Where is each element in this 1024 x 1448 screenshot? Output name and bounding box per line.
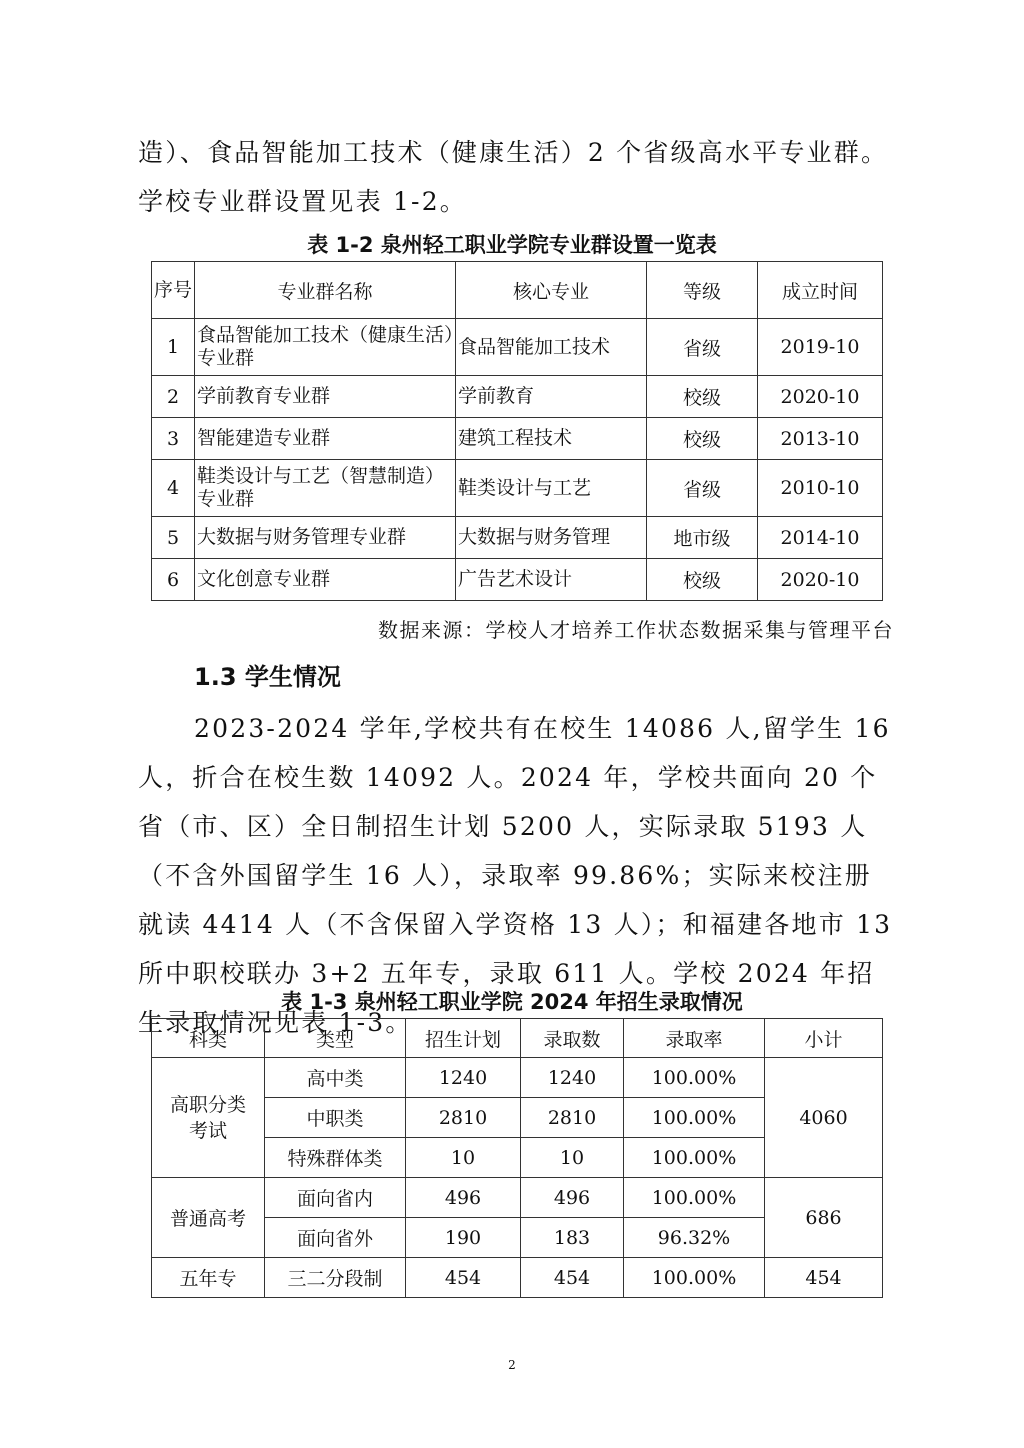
data-source-note: 数据来源：学校人才培养工作状态数据采集与管理平台 bbox=[378, 614, 894, 643]
col-header-type: 类型 bbox=[265, 1019, 406, 1058]
col-header-name: 专业群名称 bbox=[195, 262, 456, 319]
cell-type: 三二分段制 bbox=[265, 1258, 406, 1298]
cell-core: 建筑工程技术 bbox=[456, 418, 647, 460]
cell-admitted: 10 bbox=[521, 1138, 624, 1178]
cell-name: 食品智能加工技术（健康生活）专业群 bbox=[195, 319, 456, 376]
table-1-2-caption: 表 1-2 泉州轻工职业学院专业群设置一览表 bbox=[0, 229, 1024, 259]
cell-no: 1 bbox=[152, 319, 195, 376]
cell-admitted: 1240 bbox=[521, 1058, 624, 1098]
cell-plan: 10 bbox=[406, 1138, 521, 1178]
cell-plan: 2810 bbox=[406, 1098, 521, 1138]
cell-date: 2014-10 bbox=[758, 517, 883, 559]
cell-date: 2020-10 bbox=[758, 559, 883, 601]
cell-admitted: 2810 bbox=[521, 1098, 624, 1138]
col-header-date: 成立时间 bbox=[758, 262, 883, 319]
col-header-core: 核心专业 bbox=[456, 262, 647, 319]
table-row: 五年专 三二分段制 454 454 100.00% 454 bbox=[152, 1258, 883, 1298]
table-1-2: 序号 专业群名称 核心专业 等级 成立时间 1 食品智能加工技术（健康生活）专业… bbox=[151, 261, 883, 601]
cell-admitted: 454 bbox=[521, 1258, 624, 1298]
table-header-row: 序号 专业群名称 核心专业 等级 成立时间 bbox=[152, 262, 883, 319]
table-row: 高职分类考试 高中类 1240 1240 100.00% 4060 bbox=[152, 1058, 883, 1098]
cell-no: 6 bbox=[152, 559, 195, 601]
cell-level: 校级 bbox=[647, 376, 758, 418]
cell-name: 文化创意专业群 bbox=[195, 559, 456, 601]
table-header-row: 科类 类型 招生计划 录取数 录取率 小计 bbox=[152, 1019, 883, 1058]
table-row: 5 大数据与财务管理专业群 大数据与财务管理 地市级 2014-10 bbox=[152, 517, 883, 559]
intro-text: 造）、食品智能加工技术（健康生活）2 个省级高水平专业群。 学校专业群设置见表 … bbox=[138, 128, 898, 226]
cell-level: 校级 bbox=[647, 559, 758, 601]
cell-no: 3 bbox=[152, 418, 195, 460]
section-heading: 1.3 学生情况 bbox=[194, 657, 341, 692]
cell-type: 特殊群体类 bbox=[265, 1138, 406, 1178]
cell-core: 大数据与财务管理 bbox=[456, 517, 647, 559]
cell-level: 校级 bbox=[647, 418, 758, 460]
table-row: 普通高考 面向省内 496 496 100.00% 686 bbox=[152, 1178, 883, 1218]
cell-type: 高中类 bbox=[265, 1058, 406, 1098]
cell-core: 广告艺术设计 bbox=[456, 559, 647, 601]
cell-date: 2020-10 bbox=[758, 376, 883, 418]
cell-rate: 100.00% bbox=[624, 1098, 765, 1138]
cell-name: 学前教育专业群 bbox=[195, 376, 456, 418]
cell-subtotal: 4060 bbox=[765, 1058, 883, 1178]
col-header-category: 科类 bbox=[152, 1019, 265, 1058]
cell-level: 省级 bbox=[647, 460, 758, 517]
cell-admitted: 496 bbox=[521, 1178, 624, 1218]
cell-core: 食品智能加工技术 bbox=[456, 319, 647, 376]
cell-type: 面向省外 bbox=[265, 1218, 406, 1258]
cell-plan: 1240 bbox=[406, 1058, 521, 1098]
col-header-rate: 录取率 bbox=[624, 1019, 765, 1058]
cell-admitted: 183 bbox=[521, 1218, 624, 1258]
table-row: 3 智能建造专业群 建筑工程技术 校级 2013-10 bbox=[152, 418, 883, 460]
cell-no: 4 bbox=[152, 460, 195, 517]
table-1-3-caption: 表 1-3 泉州轻工职业学院 2024 年招生录取情况 bbox=[0, 986, 1024, 1016]
cell-no: 5 bbox=[152, 517, 195, 559]
intro-line-2: 学校专业群设置见表 1-2。 bbox=[138, 187, 467, 216]
cell-level: 省级 bbox=[647, 319, 758, 376]
cell-date: 2010-10 bbox=[758, 460, 883, 517]
cell-category: 高职分类考试 bbox=[152, 1058, 265, 1178]
cell-rate: 100.00% bbox=[624, 1178, 765, 1218]
cell-category: 五年专 bbox=[152, 1258, 265, 1298]
cell-type: 面向省内 bbox=[265, 1178, 406, 1218]
cell-name: 大数据与财务管理专业群 bbox=[195, 517, 456, 559]
cell-rate: 96.32% bbox=[624, 1218, 765, 1258]
cell-no: 2 bbox=[152, 376, 195, 418]
cell-core: 鞋类设计与工艺 bbox=[456, 460, 647, 517]
cell-rate: 100.00% bbox=[624, 1258, 765, 1298]
cell-name: 鞋类设计与工艺（智慧制造）专业群 bbox=[195, 460, 456, 517]
cell-core: 学前教育 bbox=[456, 376, 647, 418]
table-row: 1 食品智能加工技术（健康生活）专业群 食品智能加工技术 省级 2019-10 bbox=[152, 319, 883, 376]
col-header-level: 等级 bbox=[647, 262, 758, 319]
col-header-plan: 招生计划 bbox=[406, 1019, 521, 1058]
table-row: 4 鞋类设计与工艺（智慧制造）专业群 鞋类设计与工艺 省级 2010-10 bbox=[152, 460, 883, 517]
cell-plan: 454 bbox=[406, 1258, 521, 1298]
cell-date: 2013-10 bbox=[758, 418, 883, 460]
col-header-admitted: 录取数 bbox=[521, 1019, 624, 1058]
cell-date: 2019-10 bbox=[758, 319, 883, 376]
cell-type: 中职类 bbox=[265, 1098, 406, 1138]
cell-plan: 496 bbox=[406, 1178, 521, 1218]
cell-subtotal: 686 bbox=[765, 1178, 883, 1258]
cell-rate: 100.00% bbox=[624, 1138, 765, 1178]
table-1-3: 科类 类型 招生计划 录取数 录取率 小计 高职分类考试 高中类 1240 12… bbox=[151, 1018, 883, 1298]
cell-level: 地市级 bbox=[647, 517, 758, 559]
col-header-subtotal: 小计 bbox=[765, 1019, 883, 1058]
cell-rate: 100.00% bbox=[624, 1058, 765, 1098]
col-header-no: 序号 bbox=[152, 262, 195, 319]
page-number: 2 bbox=[0, 1358, 1024, 1372]
cell-subtotal: 454 bbox=[765, 1258, 883, 1298]
cell-name: 智能建造专业群 bbox=[195, 418, 456, 460]
cell-category: 普通高考 bbox=[152, 1178, 265, 1258]
table-row: 6 文化创意专业群 广告艺术设计 校级 2020-10 bbox=[152, 559, 883, 601]
intro-line-1: 造）、食品智能加工技术（健康生活）2 个省级高水平专业群。 bbox=[138, 138, 888, 167]
table-row: 2 学前教育专业群 学前教育 校级 2020-10 bbox=[152, 376, 883, 418]
cell-plan: 190 bbox=[406, 1218, 521, 1258]
